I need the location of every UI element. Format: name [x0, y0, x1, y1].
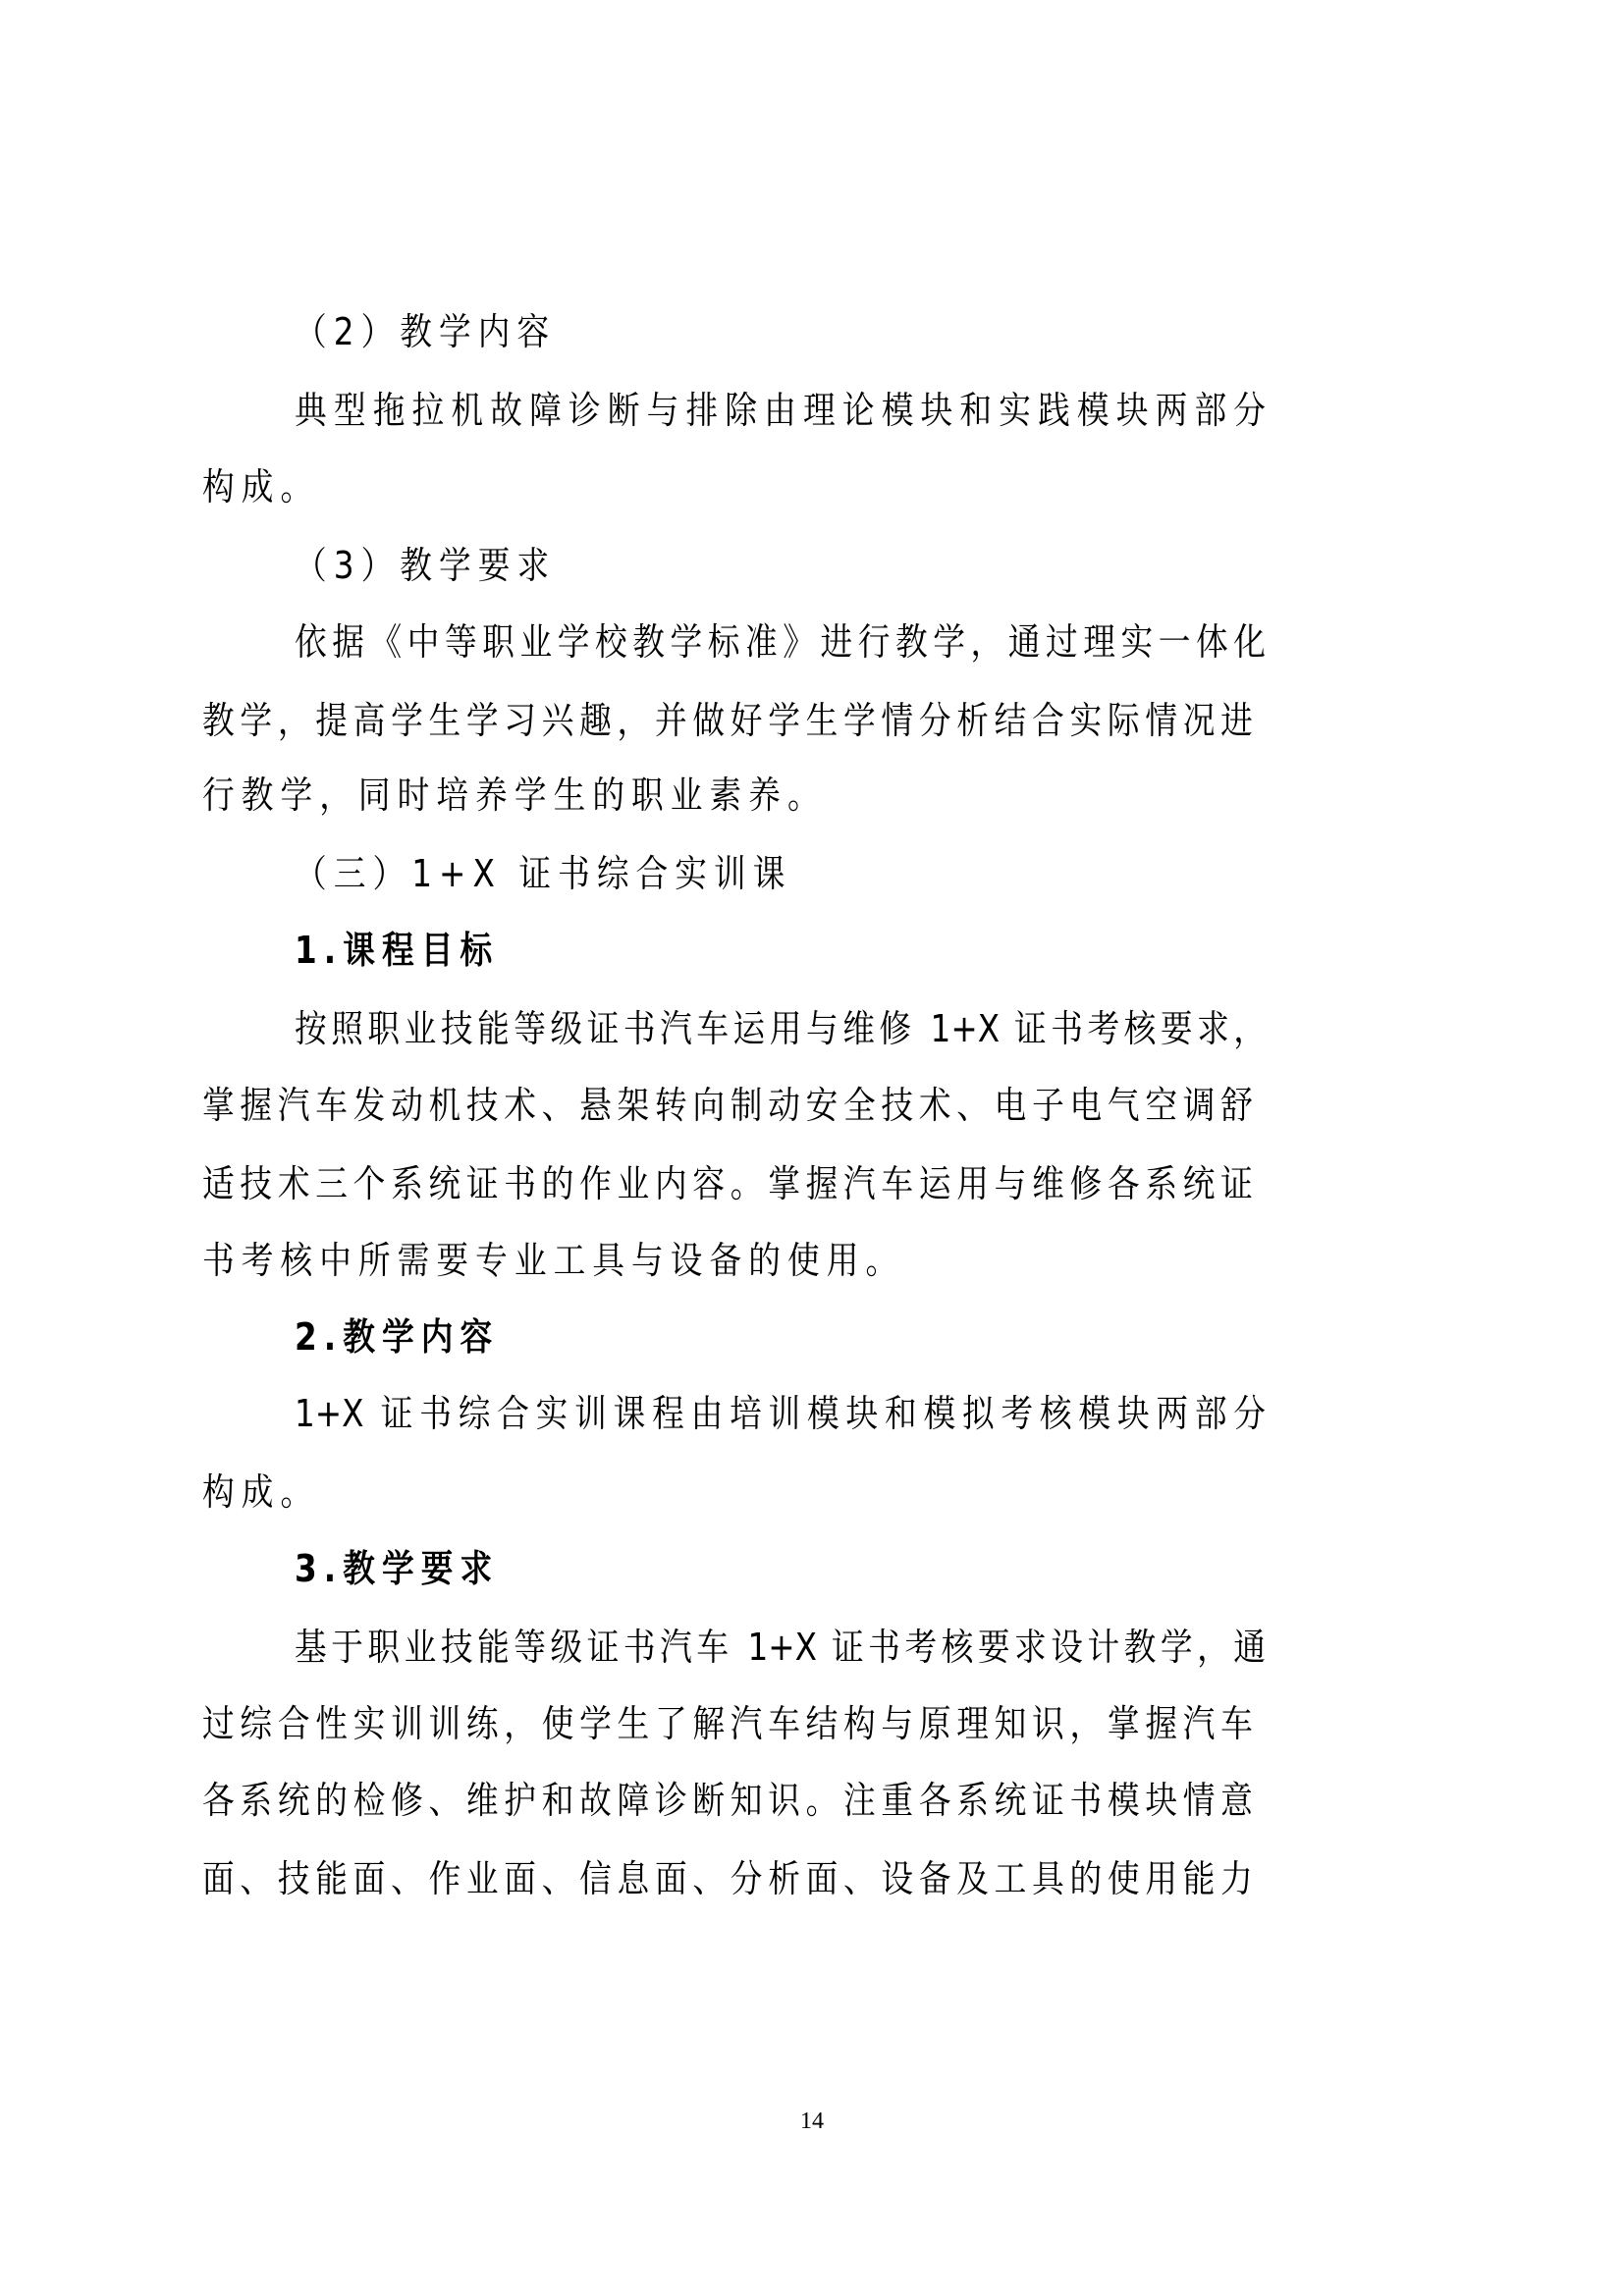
heading-teaching-requirements: 3.教学要求: [295, 1544, 1266, 1593]
document-page: （2）教学内容 典型拖拉机故障诊断与排除由理论模块和实践模块两部分 构成。 （3…: [0, 0, 1624, 2296]
paragraph-line: 依据《中等职业学校教学标准》进行教学，通过理实一体化: [295, 617, 1266, 667]
paragraph-line: 面、技能面、作业面、信息面、分析面、设备及工具的使用能力: [202, 1854, 1253, 1903]
paragraph-line: 各系统的检修、维护和故障诊断知识。注重各系统证书模块情意: [202, 1776, 1253, 1825]
paragraph-line: 过综合性实训训练，使学生了解汽车结构与原理知识，掌握汽车: [202, 1699, 1253, 1748]
paragraph-line: 适技术三个系统证书的作业内容。掌握汽车运用与维修各系统证: [202, 1159, 1253, 1208]
heading-course-objectives: 1.课程目标: [295, 926, 1266, 975]
paragraph-line: 构成。: [202, 1468, 1253, 1517]
paragraph-line: 教学，提高学生学习兴趣，并做好学生学情分析结合实际情况进: [202, 696, 1253, 745]
paragraph-line: 构成。: [202, 462, 1253, 511]
paragraph-line: 书考核中所需要专业工具与设备的使用。: [202, 1236, 1253, 1285]
section-heading-1x-certificate: （三）1+X 证书综合实训课: [295, 849, 1266, 898]
paragraph-line: 行教学，同时培养学生的职业素养。: [202, 771, 1253, 820]
heading-teaching-content: 2.教学内容: [295, 1312, 1266, 1362]
subheading-teaching-content: （2）教学内容: [295, 307, 1266, 356]
paragraph-line: 基于职业技能等级证书汽车 1+X 证书考核要求设计教学，通: [295, 1623, 1266, 1672]
subheading-teaching-requirements: （3）教学要求: [295, 541, 1266, 590]
paragraph-line: 典型拖拉机故障诊断与排除由理论模块和实践模块两部分: [295, 386, 1266, 435]
paragraph-line: 按照职业技能等级证书汽车运用与维修 1+X 证书考核要求，: [295, 1004, 1266, 1053]
paragraph-line: 掌握汽车发动机技术、悬架转向制动安全技术、电子电气空调舒: [202, 1081, 1253, 1130]
paragraph-line: 1+X 证书综合实训课程由培训模块和模拟考核模块两部分: [295, 1389, 1266, 1438]
page-number: 14: [0, 2109, 1624, 2135]
